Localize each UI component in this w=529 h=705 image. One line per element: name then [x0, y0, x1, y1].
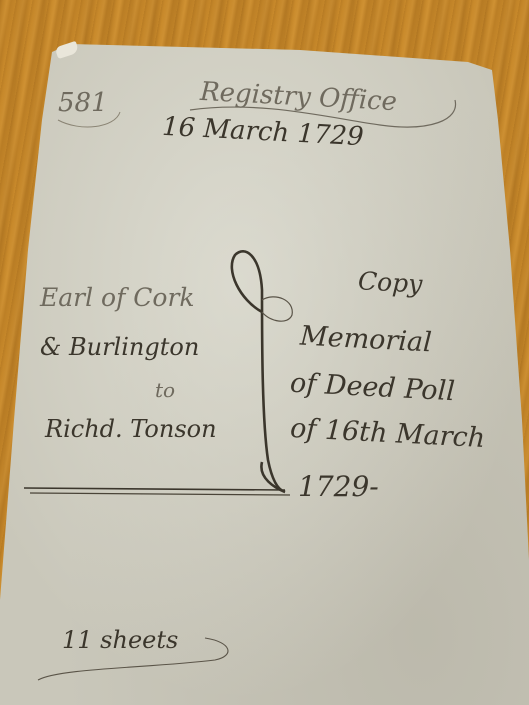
party-line-4: Richd. Tonson	[45, 415, 217, 443]
description-line-1: Copy	[357, 266, 423, 298]
party-line-3: to	[155, 378, 175, 402]
sheet-count: 11 sheets	[62, 626, 178, 654]
folio-number: 581	[58, 88, 108, 118]
photograph: 581 Registry Office 16 March 1729 Earl o…	[0, 0, 529, 705]
party-line-1: Earl of Cork	[40, 283, 195, 312]
description-line-5: 1729-	[298, 470, 379, 503]
party-line-2: & Burlington	[40, 333, 199, 361]
